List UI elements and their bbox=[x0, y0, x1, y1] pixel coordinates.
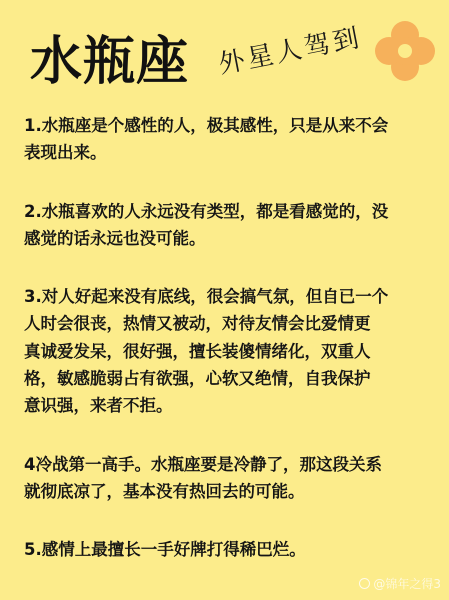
text-line: 3.对人好起来没有底线，很会搞气氛，但自已一个 bbox=[24, 283, 434, 310]
paragraph-4: 4冷战第一高手。水瓶座要是冷静了，那这段关系 就彻底凉了，基本没有热回去的可能。 bbox=[24, 451, 434, 506]
paragraph-1: 1.水瓶座是个感性的人，极其感性，只是从来不会 表现出来。 bbox=[24, 112, 434, 167]
text-line: 人时会很丧，热情又被动，对待友情会比爱情更 bbox=[24, 310, 434, 337]
page-title: 水瓶座 bbox=[30, 32, 189, 92]
text-line: 1.水瓶座是个感性的人，极其感性，只是从来不会 bbox=[24, 112, 434, 139]
text-line: 格，敏感脆弱占有欲强，心软又绝情，自我保护 bbox=[24, 365, 434, 392]
paragraph-2: 2.水瓶喜欢的人永远没有类型，都是看感觉的，没 感觉的话永远也没可能。 bbox=[24, 198, 434, 253]
text-line: 真诚爱发呆，很好强，擅长装傻情绪化，双重人 bbox=[24, 338, 434, 365]
text-line: 4冷战第一高手。水瓶座要是冷静了，那这段关系 bbox=[24, 451, 434, 478]
text-line: 感觉的话永远也没可能。 bbox=[24, 225, 434, 252]
text-line: 意识强，来者不拒。 bbox=[24, 392, 434, 419]
text-line: 表现出来。 bbox=[24, 139, 434, 166]
flower-icon bbox=[374, 20, 436, 82]
subtitle-handwritten: 外星人驾到 bbox=[216, 23, 364, 80]
text-line: 就彻底凉了，基本没有热回去的可能。 bbox=[24, 478, 434, 505]
paragraph-3: 3.对人好起来没有底线，很会搞气氛，但自已一个 人时会很丧，热情又被动，对待友情… bbox=[24, 283, 434, 419]
paragraph-5: 5.感情上最擅长一手好牌打得稀巴烂。 bbox=[24, 536, 434, 563]
watermark-logo-icon bbox=[359, 578, 370, 589]
watermark-text: @锦年之得3 bbox=[373, 575, 441, 592]
text-line: 2.水瓶喜欢的人永远没有类型，都是看感觉的，没 bbox=[24, 198, 434, 225]
content-list: 1.水瓶座是个感性的人，极其感性，只是从来不会 表现出来。 2.水瓶喜欢的人永远… bbox=[24, 112, 434, 595]
watermark: @锦年之得3 bbox=[359, 575, 441, 592]
text-line: 5.感情上最擅长一手好牌打得稀巴烂。 bbox=[24, 536, 434, 563]
